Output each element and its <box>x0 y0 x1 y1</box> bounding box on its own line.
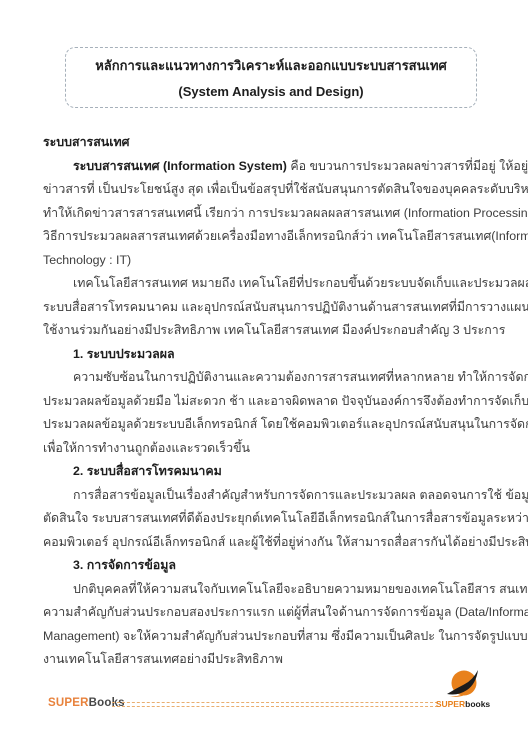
paragraph-1-line-1: ระบบสารสนเทศ (Information System) คือ ขบ… <box>43 155 493 179</box>
paragraph-2-line-3: ใช้งานร่วมกันอย่างมีประสิทธิภาพ เทคโนโลย… <box>43 319 493 343</box>
document-body: ระบบสารสนเทศ ระบบสารสนเทศ (Information S… <box>43 131 493 672</box>
page-footer: SUPERBooks SUPERbooks <box>0 665 528 725</box>
paragraph-4-line-2: ตัดสินใจ ระบบสารสนเทศที่ดีต้องประยุกต์เท… <box>43 507 493 531</box>
subheading-3: 3. การจัดการข้อมูล <box>43 554 493 578</box>
paragraph-5-line-1: ปกติบุคคลที่ให้ความสนใจกับเทคโนโลยีจะอธิ… <box>43 578 493 602</box>
subheading-2: 2. ระบบสื่อสารโทรคมนาคม <box>43 460 493 484</box>
paragraph-5-line-2: ความสำคัญกับส่วนประกอบสองประการแรก แต่ผู… <box>43 601 493 625</box>
footer-brand-right-super: SUPER <box>436 699 465 709</box>
title-box: หลักการและแนวทางการวิเคราะห์และออกแบบระบ… <box>65 47 477 108</box>
superbooks-logo: SUPERbooks <box>434 667 492 709</box>
paragraph-3-line-3: ประมวลผลข้อมูลด้วยระบบอีเล็กทรอนิกส์ โดย… <box>43 413 493 437</box>
paragraph-1-line-4: วิธีการประมวลผลสารสนเทศด้วยเครื่องมือทาง… <box>43 225 493 249</box>
footer-divider <box>112 702 438 707</box>
paragraph-3-line-2: ประมวลผลข้อมูลด้วยมือ ไม่สะดวก ช้า และอา… <box>43 390 493 414</box>
superbooks-logo-icon <box>443 667 483 701</box>
footer-brand-left-super: SUPER <box>48 697 89 709</box>
subheading-1: 1. ระบบประมวลผล <box>43 343 493 367</box>
paragraph-1-line-5: Technology : IT) <box>43 249 493 273</box>
section-heading: ระบบสารสนเทศ <box>43 131 493 155</box>
paragraph-1-lead: ระบบสารสนเทศ (Information System) <box>73 159 287 173</box>
paragraph-3-line-1: ความซับซ้อนในการปฏิบัติงานและความต้องการ… <box>43 366 493 390</box>
paragraph-4-line-1: การสื่อสารข้อมูลเป็นเรื่องสำคัญสำหรับการ… <box>43 484 493 508</box>
paragraph-5-line-3: Management) จะให้ความสำคัญกับส่วนประกอบท… <box>43 625 493 649</box>
paragraph-4-line-3: คอมพิวเตอร์ อุปกรณ์อีเล็กทรอนิกส์ และผู้… <box>43 531 493 555</box>
page-title-english: (System Analysis and Design) <box>66 79 476 105</box>
paragraph-1-line-2: ข่าวสารที่ เป็นประโยชน์สูง สุด เพื่อเป็น… <box>43 178 493 202</box>
page-title-thai: หลักการและแนวทางการวิเคราะห์และออกแบบระบ… <box>66 53 476 79</box>
paragraph-2-line-2: ระบบสื่อสารโทรคมนาคม และอุปกรณ์สนับสนุนก… <box>43 296 493 320</box>
footer-brand-right-books: books <box>465 699 490 709</box>
paragraph-1-line-3: ทำให้เกิดข่าวสารสารสนเทศนี้ เรียกว่า การ… <box>43 202 493 226</box>
paragraph-2-line-1: เทคโนโลยีสารสนเทศ หมายถึง เทคโนโลยีที่ปร… <box>43 272 493 296</box>
footer-brand-right: SUPERbooks <box>434 699 492 709</box>
document-page: หลักการและแนวทางการวิเคราะห์และออกแบบระบ… <box>0 0 528 747</box>
paragraph-1-line-1-rest: คือ ขบวนการประมวลผลข่าวสารที่มีอยู่ ให้อ… <box>287 159 528 173</box>
paragraph-3-line-4: เพื่อให้การทำงานถูกต้องและรวดเร็วขึ้น <box>43 437 493 461</box>
